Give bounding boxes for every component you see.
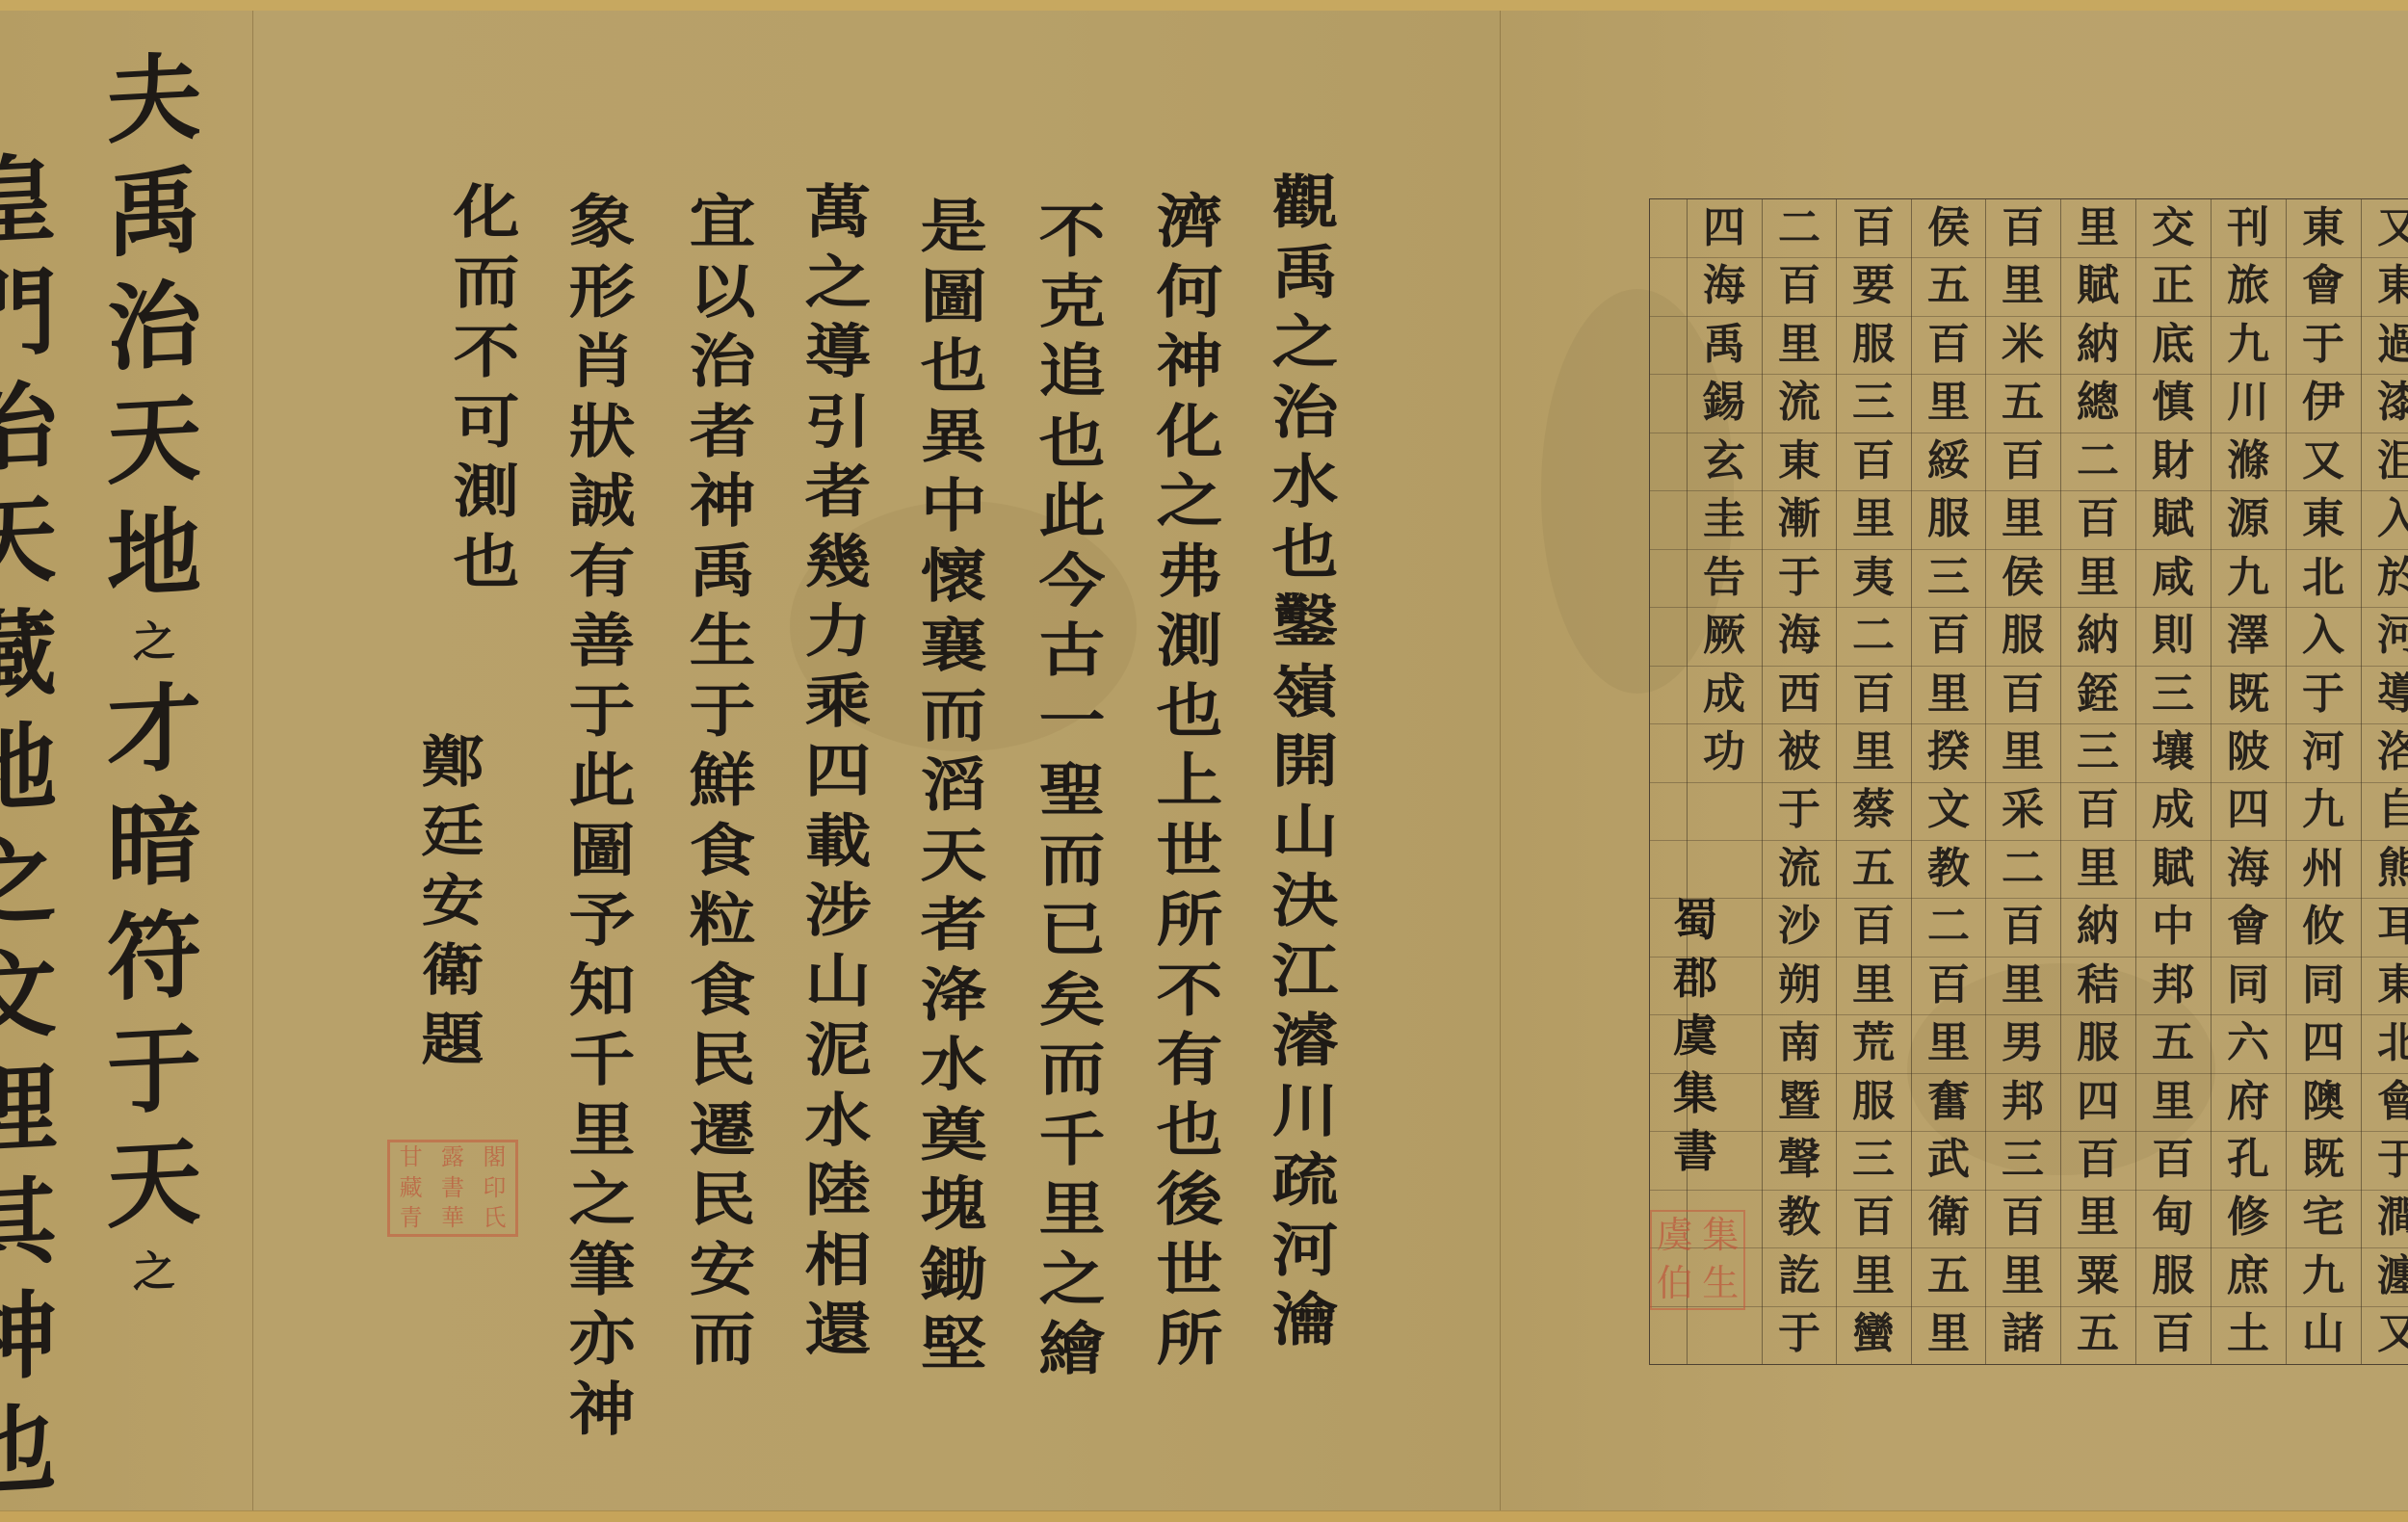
character: 邦 <box>1985 1073 2060 1131</box>
character: 五 <box>2060 1305 2135 1363</box>
character: 百 <box>1836 1189 1911 1246</box>
character: 成 <box>2135 781 2211 839</box>
character: 庶 <box>2211 1247 2286 1305</box>
character: 天 <box>107 381 201 500</box>
character: 刊 <box>2211 199 2286 257</box>
character: 旅 <box>2211 257 2286 315</box>
character: 衛 <box>1911 1189 1986 1246</box>
character: 決 <box>1272 867 1339 937</box>
character: 川 <box>1272 1077 1339 1147</box>
character: 也 <box>1157 677 1223 748</box>
character: 水 <box>805 1087 872 1157</box>
character: 正 <box>2135 257 2211 315</box>
character: 教 <box>1911 840 1986 898</box>
character: 里 <box>1836 1247 1911 1305</box>
character: 五 <box>1985 374 2060 432</box>
character: 五 <box>1911 257 1986 315</box>
character: 書 <box>1673 1122 1717 1180</box>
character: 聲 <box>1762 1131 1837 1189</box>
character: 力 <box>805 597 872 668</box>
character: 銍 <box>2060 666 2135 723</box>
character: 九 <box>2211 549 2286 607</box>
character: 百 <box>1911 957 1986 1014</box>
character: 宅 <box>2286 1189 2361 1246</box>
character: 百 <box>1985 898 2060 956</box>
character: 導 <box>2361 666 2408 723</box>
character: 隩 <box>2286 1073 2361 1131</box>
character: 塊 <box>921 1170 987 1241</box>
character: 上 <box>1157 747 1223 817</box>
character: 漆 <box>2361 374 2408 432</box>
character: 知 <box>569 957 636 1027</box>
character: 引 <box>805 388 872 459</box>
character: 州 <box>2286 840 2361 898</box>
character: 百 <box>1836 199 1911 257</box>
character: 生 <box>690 607 756 677</box>
seal-character: 書 <box>432 1173 473 1204</box>
character: 壤 <box>2135 723 2211 781</box>
character: 山 <box>1272 798 1339 868</box>
character: 海 <box>1762 607 1837 665</box>
character: 以 <box>690 258 756 328</box>
character: 里 <box>2060 840 2135 898</box>
character: 既 <box>2286 1131 2361 1189</box>
character: 遷 <box>690 1096 756 1167</box>
character: 神 <box>569 1376 636 1446</box>
character: 告 <box>1687 549 1762 607</box>
character: 門 <box>0 255 57 374</box>
character: 異 <box>921 403 987 473</box>
character: 矣 <box>1039 966 1106 1037</box>
character: 流 <box>1762 374 1837 432</box>
character: 會 <box>2211 898 2286 956</box>
clerical-column: 宜以治者神禹生于鮮食粒食民遷民安而 <box>669 188 775 1376</box>
character: 既 <box>2211 666 2286 723</box>
character: 鑿 <box>1272 588 1339 658</box>
character: 載 <box>805 807 872 878</box>
character: 蠻 <box>1836 1305 1911 1363</box>
character: 納 <box>2060 316 2135 374</box>
character: 武 <box>1911 1131 1986 1189</box>
clerical-column: 萬之導引者幾力乘四載涉山泥水陸相還 <box>785 178 891 1366</box>
character: 耳 <box>2361 898 2408 956</box>
grid-column: 東會于伊又東北入于河九州攸同四隩既宅九山 <box>2286 199 2361 1364</box>
character: 四 <box>805 737 872 807</box>
character: 厥 <box>1687 607 1762 665</box>
character: 里 <box>1911 666 1986 723</box>
character: 東 <box>2361 957 2408 1014</box>
character: 納 <box>2060 607 2135 665</box>
character: 而 <box>1039 827 1106 897</box>
middle-signature: 鄭廷安衛題 <box>405 727 501 1074</box>
clerical-column: 象形肖狀誠有善于此圖予知千里之筆亦神 <box>549 188 655 1445</box>
seal-character: 印 <box>474 1173 515 1204</box>
character: 之 <box>1272 308 1339 379</box>
character: 測 <box>1157 607 1223 677</box>
character: 誠 <box>569 467 636 538</box>
character: 澤 <box>2211 607 2286 665</box>
character: 又 <box>2361 1305 2408 1363</box>
character: 一 <box>1039 687 1106 757</box>
character: 海 <box>2211 840 2286 898</box>
character: 中 <box>2135 898 2211 956</box>
character: 玄 <box>1687 433 1762 490</box>
character: 九 <box>2286 781 2361 839</box>
character: 而 <box>454 249 520 319</box>
clerical-column: 是圖也異中懷襄而滔天者洚水奠塊鋤堅 <box>901 193 1007 1380</box>
character: 之 <box>1157 467 1223 538</box>
character: 服 <box>2060 1014 2135 1072</box>
character: 又 <box>2361 199 2408 257</box>
character: 洚 <box>921 961 987 1032</box>
character: 修 <box>2211 1189 2286 1246</box>
character: 百 <box>2060 781 2135 839</box>
character: 綏 <box>1911 433 1986 490</box>
character: 者 <box>690 398 756 468</box>
character: 開 <box>1272 727 1339 798</box>
character: 則 <box>2135 607 2211 665</box>
character: 滔 <box>921 751 987 822</box>
seal-character: 閣 <box>474 1142 515 1173</box>
character: 里 <box>1985 723 2060 781</box>
character: 是 <box>921 193 987 263</box>
character: 治 <box>690 328 756 398</box>
character: 涉 <box>805 877 872 947</box>
character: 三 <box>1836 374 1911 432</box>
character: 百 <box>1985 1189 2060 1246</box>
character: 治 <box>107 268 201 386</box>
character: 于 <box>2361 1131 2408 1189</box>
character: 化 <box>1157 398 1223 468</box>
character: 要 <box>1836 257 1911 315</box>
character: 于 <box>690 677 756 748</box>
character: 于 <box>569 677 636 748</box>
right-red-seal: 虞集伯生 <box>1650 1210 1745 1310</box>
character: 四 <box>1687 199 1762 257</box>
character: 里 <box>2135 1073 2211 1131</box>
character: 暨 <box>1762 1073 1837 1131</box>
character: 禹 <box>1687 316 1762 374</box>
character: 理 <box>0 1051 57 1169</box>
character: 里 <box>1985 257 2060 315</box>
grid-column: 四海禹錫玄圭告厥成功 <box>1687 199 1762 1364</box>
character: 西 <box>1762 666 1837 723</box>
grid-column: 百要服三百里夷二百里蔡五百里荒服三百里蠻 <box>1836 199 1911 1364</box>
character: 而 <box>690 1305 756 1376</box>
character: 河 <box>2361 607 2408 665</box>
character: 采 <box>1985 781 2060 839</box>
character: 此 <box>1039 477 1106 547</box>
character: 邦 <box>2135 957 2211 1014</box>
character: 孔 <box>2211 1131 2286 1189</box>
character: 土 <box>2211 1305 2286 1363</box>
character: 川 <box>2211 374 2286 432</box>
character: 自 <box>2361 781 2408 839</box>
character: 澗 <box>2361 1189 2408 1246</box>
character: 二 <box>2060 433 2135 490</box>
character: 肖 <box>569 328 636 398</box>
grid-column: 侯五百里綏服三百里揆文教二百里奮武衛五里 <box>1911 199 1986 1364</box>
character: 北 <box>2361 1014 2408 1072</box>
character: 懷 <box>921 542 987 613</box>
character: 四 <box>2286 1014 2361 1072</box>
character: 秸 <box>2060 957 2135 1014</box>
character: 暗 <box>107 784 201 903</box>
character: 禹 <box>107 154 201 273</box>
character: 也 <box>454 528 520 598</box>
seal-character: 伯 <box>1652 1260 1698 1308</box>
character: 過 <box>2361 316 2408 374</box>
character: 有 <box>569 538 636 608</box>
character: 天 <box>107 1125 201 1244</box>
character: 奮 <box>1911 1073 1986 1131</box>
character: 熊 <box>2361 840 2408 898</box>
character: 三 <box>1985 1131 2060 1189</box>
seal-character: 青 <box>390 1203 432 1234</box>
character: 民 <box>690 1166 756 1236</box>
character: 鄭 <box>422 727 484 797</box>
character: 陸 <box>805 1156 872 1226</box>
character: 百 <box>1985 666 2060 723</box>
character: 安 <box>690 1236 756 1306</box>
character: 水 <box>921 1031 987 1101</box>
character: 沮 <box>2361 433 2408 490</box>
ruled-grid: 又東過漆沮入於河導洛自熊耳東北會于澗瀍又東會于伊又東北入于河九州攸同四隩既宅九山… <box>1649 198 2408 1365</box>
character: 江 <box>1272 937 1339 1008</box>
character: 沙 <box>1762 898 1837 956</box>
character: 筆 <box>569 1236 636 1306</box>
character: 之 <box>569 1166 636 1236</box>
character: 弗 <box>1157 538 1223 608</box>
character: 北 <box>2286 549 2361 607</box>
character: 也 <box>1157 1096 1223 1167</box>
character: 二 <box>1911 898 1986 956</box>
character: 皇 <box>0 142 57 260</box>
character: 後 <box>1157 1166 1223 1236</box>
character: 交 <box>2135 199 2211 257</box>
character: 所 <box>1157 1305 1223 1376</box>
character: 治 <box>0 369 57 487</box>
character: 五 <box>1836 840 1911 898</box>
character: 世 <box>1157 1236 1223 1306</box>
seal-character: 氏 <box>474 1203 515 1234</box>
seal-character: 華 <box>432 1203 473 1234</box>
clerical-column: 濟何神化之弗測也上世所不有也後世所 <box>1137 188 1243 1376</box>
grid-column: 百里米五百里侯服百里采二百里男邦三百里諸 <box>1985 199 2060 1364</box>
character: 也 <box>0 1392 57 1510</box>
left-main-column: 夫禹治天地之才暗符于天之 <box>92 43 217 1303</box>
character: 三 <box>2060 723 2135 781</box>
character: 幾 <box>805 528 872 598</box>
character: 千 <box>569 1026 636 1096</box>
character: 乘 <box>805 668 872 738</box>
character: 海 <box>1687 257 1762 315</box>
character: 侯 <box>1985 549 2060 607</box>
character: 河 <box>2286 723 2361 781</box>
character: 揆 <box>1911 723 1986 781</box>
character: 被 <box>1762 723 1837 781</box>
character: 化 <box>454 178 520 249</box>
character: 百 <box>2135 1131 2211 1189</box>
character: 神 <box>690 467 756 538</box>
character: 千 <box>1039 1106 1106 1176</box>
seal-character: 甘 <box>390 1142 432 1173</box>
clerical-column: 不克追也此今古一聖而已矣而千里之繪 <box>1019 197 1125 1385</box>
character: 東 <box>2286 199 2361 257</box>
character <box>1687 840 1762 898</box>
character: 虞 <box>1673 1007 1717 1064</box>
character: 攸 <box>2286 898 2361 956</box>
character: 神 <box>1157 328 1223 398</box>
character: 蔡 <box>1836 781 1911 839</box>
character: 漸 <box>1762 490 1837 548</box>
character: 也 <box>1272 518 1339 589</box>
character: 于 <box>2286 316 2361 374</box>
character: 里 <box>1985 957 2060 1014</box>
character: 之 <box>133 1241 175 1304</box>
character: 三 <box>1911 549 1986 607</box>
character: 禹 <box>1272 239 1339 309</box>
character: 堅 <box>921 1310 987 1380</box>
character: 南 <box>1762 1014 1837 1072</box>
character: 錫 <box>1687 374 1762 432</box>
character: 粟 <box>2060 1247 2135 1305</box>
character: 襄 <box>921 612 987 682</box>
character: 還 <box>805 1296 872 1366</box>
character: 追 <box>1039 337 1106 407</box>
character: 食 <box>690 817 756 887</box>
character: 里 <box>1911 1014 1986 1072</box>
character: 九 <box>2286 1247 2361 1305</box>
character: 瀍 <box>2361 1247 2408 1305</box>
character: 百 <box>2060 1131 2135 1189</box>
character: 之 <box>133 611 175 674</box>
character: 相 <box>805 1226 872 1297</box>
character: 入 <box>2286 607 2361 665</box>
character: 四 <box>2060 1073 2135 1131</box>
character: 慎 <box>2135 374 2211 432</box>
character: 地 <box>0 710 57 828</box>
character: 食 <box>690 957 756 1027</box>
character: 里 <box>1911 374 1986 432</box>
character: 也 <box>921 332 987 403</box>
character: 於 <box>2361 549 2408 607</box>
character: 此 <box>569 747 636 817</box>
character: 何 <box>1157 258 1223 328</box>
character: 象 <box>569 188 636 258</box>
character: 安 <box>422 866 484 935</box>
character: 百 <box>1985 433 2060 490</box>
character: 侯 <box>1911 199 1986 257</box>
character: 瀹 <box>1272 1286 1339 1356</box>
character: 克 <box>1039 268 1106 338</box>
character: 百 <box>1911 607 1986 665</box>
seal-character: 生 <box>1698 1260 1744 1308</box>
character: 蜀 <box>1673 891 1717 949</box>
character: 百 <box>1985 199 2060 257</box>
character: 滌 <box>2211 433 2286 490</box>
character: 四 <box>2211 781 2286 839</box>
character: 同 <box>2211 957 2286 1014</box>
character: 里 <box>1985 490 2060 548</box>
character: 服 <box>1836 1073 1911 1131</box>
character: 治 <box>1272 379 1339 449</box>
character: 夫 <box>107 40 201 159</box>
character: 里 <box>1762 316 1837 374</box>
character: 訖 <box>1762 1247 1837 1305</box>
bottom-mounting-band <box>0 1510 2408 1522</box>
grid-column: 二百里流東漸于海西被于流沙朔南暨聲教訖于 <box>1762 199 1837 1364</box>
character: 者 <box>921 891 987 961</box>
character: 伊 <box>2286 374 2361 432</box>
character: 陂 <box>2211 723 2286 781</box>
character: 不 <box>454 318 520 388</box>
character: 古 <box>1039 617 1106 687</box>
character: 衛 <box>422 935 484 1005</box>
character: 賦 <box>2135 490 2211 548</box>
character: 聖 <box>1039 756 1106 827</box>
character: 三 <box>2135 666 2211 723</box>
character: 廷 <box>422 797 484 866</box>
character: 里 <box>1039 1175 1106 1246</box>
character: 有 <box>1157 1026 1223 1096</box>
character: 服 <box>1911 490 1986 548</box>
seal-character: 藏 <box>390 1173 432 1204</box>
character: 繪 <box>1039 1315 1106 1385</box>
character: 于 <box>2286 666 2361 723</box>
character: 百 <box>1836 666 1911 723</box>
character: 二 <box>1762 199 1837 257</box>
character <box>1687 1305 1762 1363</box>
character: 洛 <box>2361 723 2408 781</box>
character: 會 <box>2286 257 2361 315</box>
character: 流 <box>1762 840 1837 898</box>
character: 東 <box>1762 433 1837 490</box>
character: 嶺 <box>1272 658 1339 728</box>
character: 服 <box>2135 1247 2211 1305</box>
grid-column: 交正底慎財賦咸則三壤成賦中邦五里百甸服百 <box>2135 199 2211 1364</box>
character: 百 <box>1911 316 1986 374</box>
character: 里 <box>1836 723 1911 781</box>
character: 于 <box>1762 549 1837 607</box>
character: 百 <box>2060 490 2135 548</box>
character: 里 <box>1836 490 1911 548</box>
character: 善 <box>569 607 636 677</box>
character: 荒 <box>1836 1014 1911 1072</box>
character: 可 <box>454 388 520 459</box>
character: 同 <box>2286 957 2361 1014</box>
character: 宜 <box>690 188 756 258</box>
character: 里 <box>1985 1247 2060 1305</box>
character: 財 <box>2135 433 2211 490</box>
character: 予 <box>569 886 636 957</box>
character: 會 <box>2361 1073 2408 1131</box>
character: 神 <box>0 1278 57 1397</box>
character: 納 <box>2060 898 2135 956</box>
clerical-column: 觀禹之治水也鑿嶺開山決江濬川疏河瀹 <box>1252 169 1358 1356</box>
character: 于 <box>1762 781 1837 839</box>
character: 濟 <box>1157 188 1223 258</box>
character: 亦 <box>569 1305 636 1376</box>
character: 朔 <box>1762 957 1837 1014</box>
character: 民 <box>690 1026 756 1096</box>
character: 而 <box>1039 1036 1106 1106</box>
character: 山 <box>2286 1305 2361 1363</box>
character: 總 <box>2060 374 2135 432</box>
character: 賦 <box>2060 257 2135 315</box>
character: 東 <box>2286 490 2361 548</box>
character: 百 <box>1836 898 1911 956</box>
